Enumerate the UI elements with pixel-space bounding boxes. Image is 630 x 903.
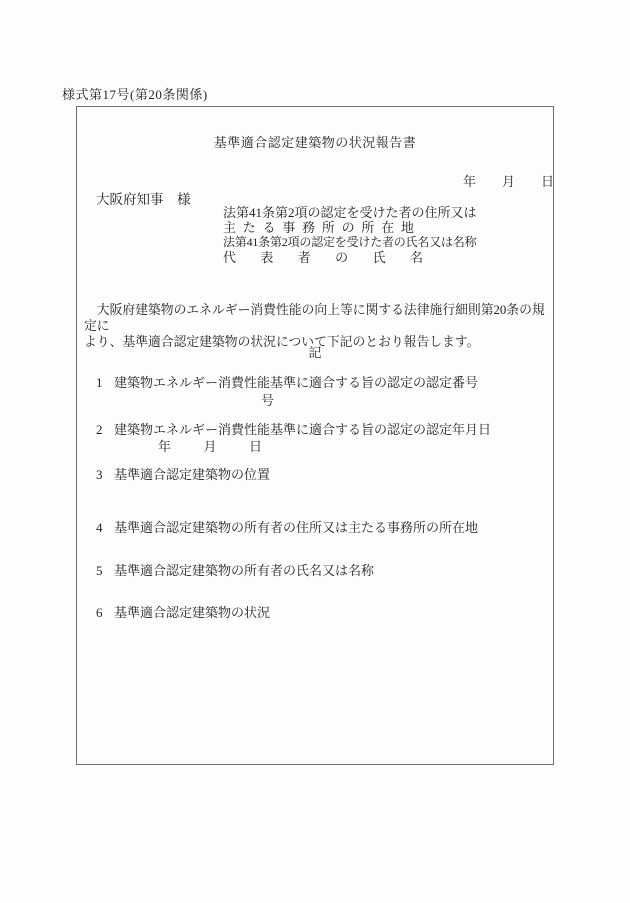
applicant-name-label-1: 法第41条第2項の認定を受けた者の氏名又は名称 bbox=[223, 235, 477, 250]
item-2-label: 建築物エネルギー消費性能基準に適合する旨の認定の認定年月日 bbox=[114, 422, 491, 437]
list-item-1: 1建築物エネルギー消費性能基準に適合する旨の認定の認定番号 bbox=[96, 372, 478, 391]
item-3-label: 基準適合認定建築物の位置 bbox=[114, 467, 270, 482]
body-paragraph-line-1: 大阪府建築物のエネルギー消費性能の向上等に関する法律施行細則第20条の規定に bbox=[84, 302, 550, 334]
item-6-label: 基準適合認定建築物の状況 bbox=[114, 605, 270, 620]
item-5-number: 5 bbox=[96, 563, 114, 579]
item-1-certification-number-suffix: 号 bbox=[261, 390, 274, 409]
item-6-number: 6 bbox=[96, 605, 114, 621]
report-form-border: 基準適合認定建築物の状況報告書 年月日 大阪府知事 様 法第41条第2項の認定を… bbox=[76, 106, 554, 765]
applicant-info-block: 法第41条第2項の認定を受けた者の住所又は 主たる事務所の所在地 法第41条第2… bbox=[223, 205, 477, 265]
document-page: 様式第17号(第20条関係) 基準適合認定建築物の状況報告書 年月日 大阪府知事… bbox=[0, 0, 630, 903]
record-heading: 記 bbox=[77, 342, 553, 361]
applicant-representative-label: 代表者の氏名 bbox=[223, 250, 423, 265]
applicant-address-label-1: 法第41条第2項の認定を受けた者の住所又は bbox=[223, 205, 477, 220]
item-5-label: 基準適合認定建築物の所有者の氏名又は名称 bbox=[114, 563, 374, 578]
list-item-3: 3基準適合認定建築物の位置 bbox=[96, 464, 270, 483]
item-2-certification-date-line: 年月日 bbox=[158, 436, 262, 455]
list-item-6: 6基準適合認定建築物の状況 bbox=[96, 602, 270, 621]
item-2-number: 2 bbox=[96, 422, 114, 438]
form-number-label: 様式第17号(第20条関係) bbox=[62, 84, 208, 103]
item-4-number: 4 bbox=[96, 520, 114, 536]
list-item-2: 2建築物エネルギー消費性能基準に適合する旨の認定の認定年月日 bbox=[96, 419, 491, 438]
addressee-line: 大阪府知事 様 bbox=[96, 188, 191, 208]
applicant-address-label-2: 主たる事務所の所在地 bbox=[223, 220, 414, 235]
report-date-line: 年月日 bbox=[463, 171, 554, 190]
item-1-number: 1 bbox=[96, 375, 114, 391]
document-title: 基準適合認定建築物の状況報告書 bbox=[77, 132, 553, 151]
item-1-label: 建築物エネルギー消費性能基準に適合する旨の認定の認定番号 bbox=[114, 375, 478, 390]
list-item-5: 5基準適合認定建築物の所有者の氏名又は名称 bbox=[96, 560, 374, 579]
list-item-4: 4基準適合認定建築物の所有者の住所又は主たる事務所の所在地 bbox=[96, 517, 478, 536]
item-3-number: 3 bbox=[96, 467, 114, 483]
item-4-label: 基準適合認定建築物の所有者の住所又は主たる事務所の所在地 bbox=[114, 520, 478, 535]
